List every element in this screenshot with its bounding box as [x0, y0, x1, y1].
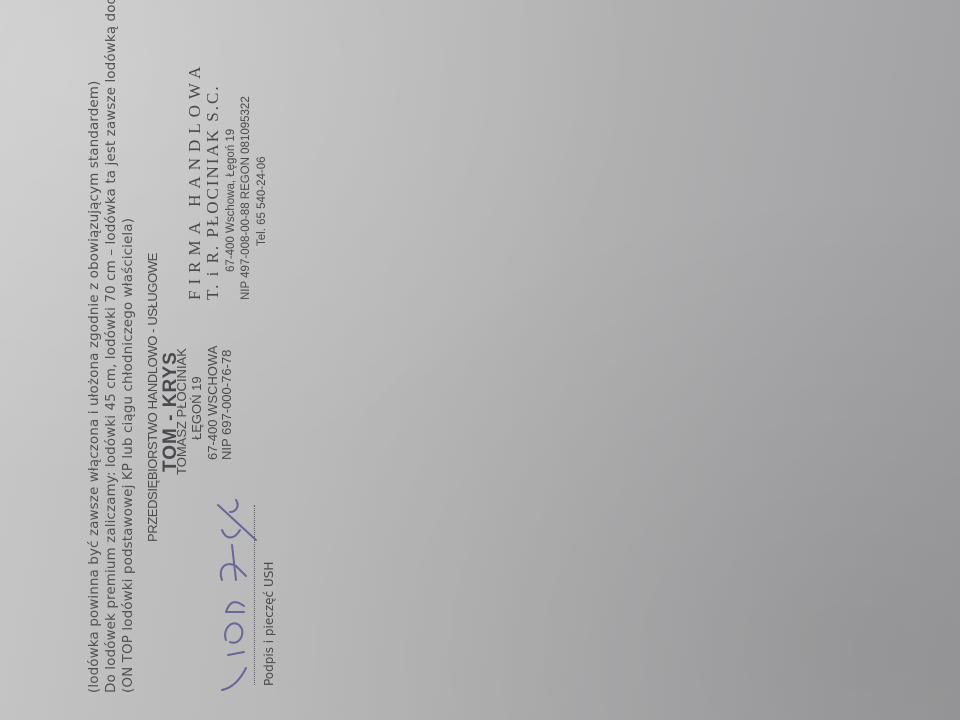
handwritten-signature	[0, 0, 960, 720]
